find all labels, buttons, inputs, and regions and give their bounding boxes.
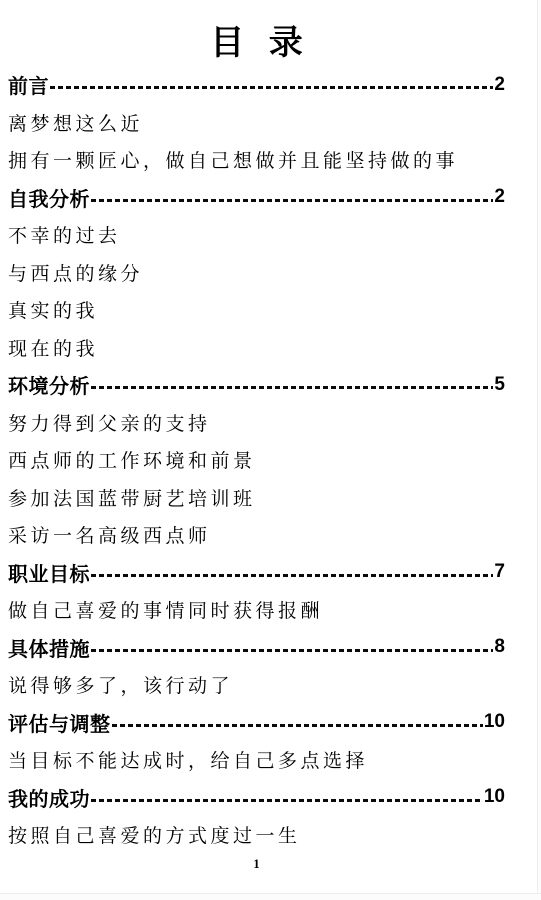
toc-page-number: 2: [494, 74, 505, 96]
toc-page-number: 5: [494, 374, 505, 396]
toc-sub-entry[interactable]: 说得够多了，该行动了: [8, 666, 505, 704]
toc-sub-entry[interactable]: 离梦想这么近: [8, 104, 505, 142]
toc-sub-label: 参加法国蓝带厨艺培训班: [8, 484, 256, 511]
toc-sub-entry[interactable]: 真实的我: [8, 291, 505, 329]
page-footer: 1: [8, 857, 505, 875]
toc-sub-label: 做自己喜爱的事情同时获得报酬: [8, 596, 323, 623]
toc-heading-entry[interactable]: 评估与调整 10: [8, 704, 505, 742]
toc-sub-label: 与西点的缘分: [8, 259, 143, 286]
footer-page-number: 1: [253, 857, 259, 871]
toc-heading-label: 职业目标: [8, 558, 90, 587]
toc-sub-entry[interactable]: 做自己喜爱的事情同时获得报酬: [8, 591, 505, 629]
dash-leader: [91, 649, 493, 652]
toc-page-number: 8: [494, 636, 505, 658]
dash-leader: [91, 574, 493, 577]
toc-heading-label: 前言: [8, 70, 49, 99]
toc-sub-entry[interactable]: 西点师的工作环境和前景: [8, 441, 505, 479]
page-content: 目 录 前言 2 离梦想这么近 拥有一颗匠心，做自己想做并且能坚持做的事 自我分…: [0, 0, 541, 875]
table-of-contents: 前言 2 离梦想这么近 拥有一颗匠心，做自己想做并且能坚持做的事 自我分析 2 …: [8, 66, 505, 854]
dash-leader: [112, 724, 483, 727]
toc-heading-label: 我的成功: [8, 783, 90, 812]
page-title: 目 录: [8, 0, 505, 66]
toc-sub-label: 说得够多了，该行动了: [8, 671, 233, 698]
dash-leader: [91, 386, 493, 389]
toc-sub-entry[interactable]: 努力得到父亲的支持: [8, 404, 505, 442]
dash-leader: [50, 86, 493, 89]
toc-heading-label: 环境分析: [8, 370, 90, 399]
toc-page-number: 10: [484, 786, 505, 808]
toc-heading-entry[interactable]: 具体措施 8: [8, 629, 505, 667]
toc-sub-label: 现在的我: [8, 334, 98, 361]
toc-page-number: 7: [494, 561, 505, 583]
toc-sub-label: 西点师的工作环境和前景: [8, 446, 256, 473]
toc-sub-entry[interactable]: 采访一名高级西点师: [8, 516, 505, 554]
toc-sub-label: 真实的我: [8, 296, 98, 323]
toc-sub-label: 采访一名高级西点师: [8, 521, 211, 548]
toc-sub-entry[interactable]: 现在的我: [8, 329, 505, 367]
toc-sub-entry[interactable]: 按照自己喜爱的方式度过一生: [8, 816, 505, 854]
toc-sub-entry[interactable]: 拥有一颗匠心，做自己想做并且能坚持做的事: [8, 141, 505, 179]
toc-heading-label: 自我分析: [8, 183, 90, 212]
toc-sub-label: 按照自己喜爱的方式度过一生: [8, 821, 301, 848]
toc-sub-label: 拥有一颗匠心，做自己想做并且能坚持做的事: [8, 146, 458, 173]
toc-heading-entry[interactable]: 自我分析 2: [8, 179, 505, 217]
document-page: 目 录 前言 2 离梦想这么近 拥有一颗匠心，做自己想做并且能坚持做的事 自我分…: [0, 0, 541, 900]
toc-sub-label: 当目标不能达成时，给自己多点选择: [8, 746, 368, 773]
dash-leader: [91, 199, 493, 202]
toc-sub-entry[interactable]: 与西点的缘分: [8, 254, 505, 292]
toc-sub-label: 不幸的过去: [8, 221, 121, 248]
toc-page-number: 2: [494, 186, 505, 208]
toc-sub-entry[interactable]: 参加法国蓝带厨艺培训班: [8, 479, 505, 517]
page-bottom-edge: [0, 893, 541, 900]
toc-heading-label: 具体措施: [8, 633, 90, 662]
toc-heading-entry[interactable]: 我的成功 10: [8, 779, 505, 817]
toc-sub-entry[interactable]: 当目标不能达成时，给自己多点选择: [8, 741, 505, 779]
page-right-edge: [537, 0, 541, 900]
toc-page-number: 10: [484, 711, 505, 733]
toc-heading-entry[interactable]: 职业目标 7: [8, 554, 505, 592]
toc-heading-label: 评估与调整: [8, 708, 111, 737]
toc-sub-entry[interactable]: 不幸的过去: [8, 216, 505, 254]
toc-heading-entry[interactable]: 前言 2: [8, 66, 505, 104]
toc-sub-label: 努力得到父亲的支持: [8, 409, 211, 436]
toc-heading-entry[interactable]: 环境分析 5: [8, 366, 505, 404]
toc-sub-label: 离梦想这么近: [8, 109, 143, 136]
dash-leader: [91, 799, 483, 802]
